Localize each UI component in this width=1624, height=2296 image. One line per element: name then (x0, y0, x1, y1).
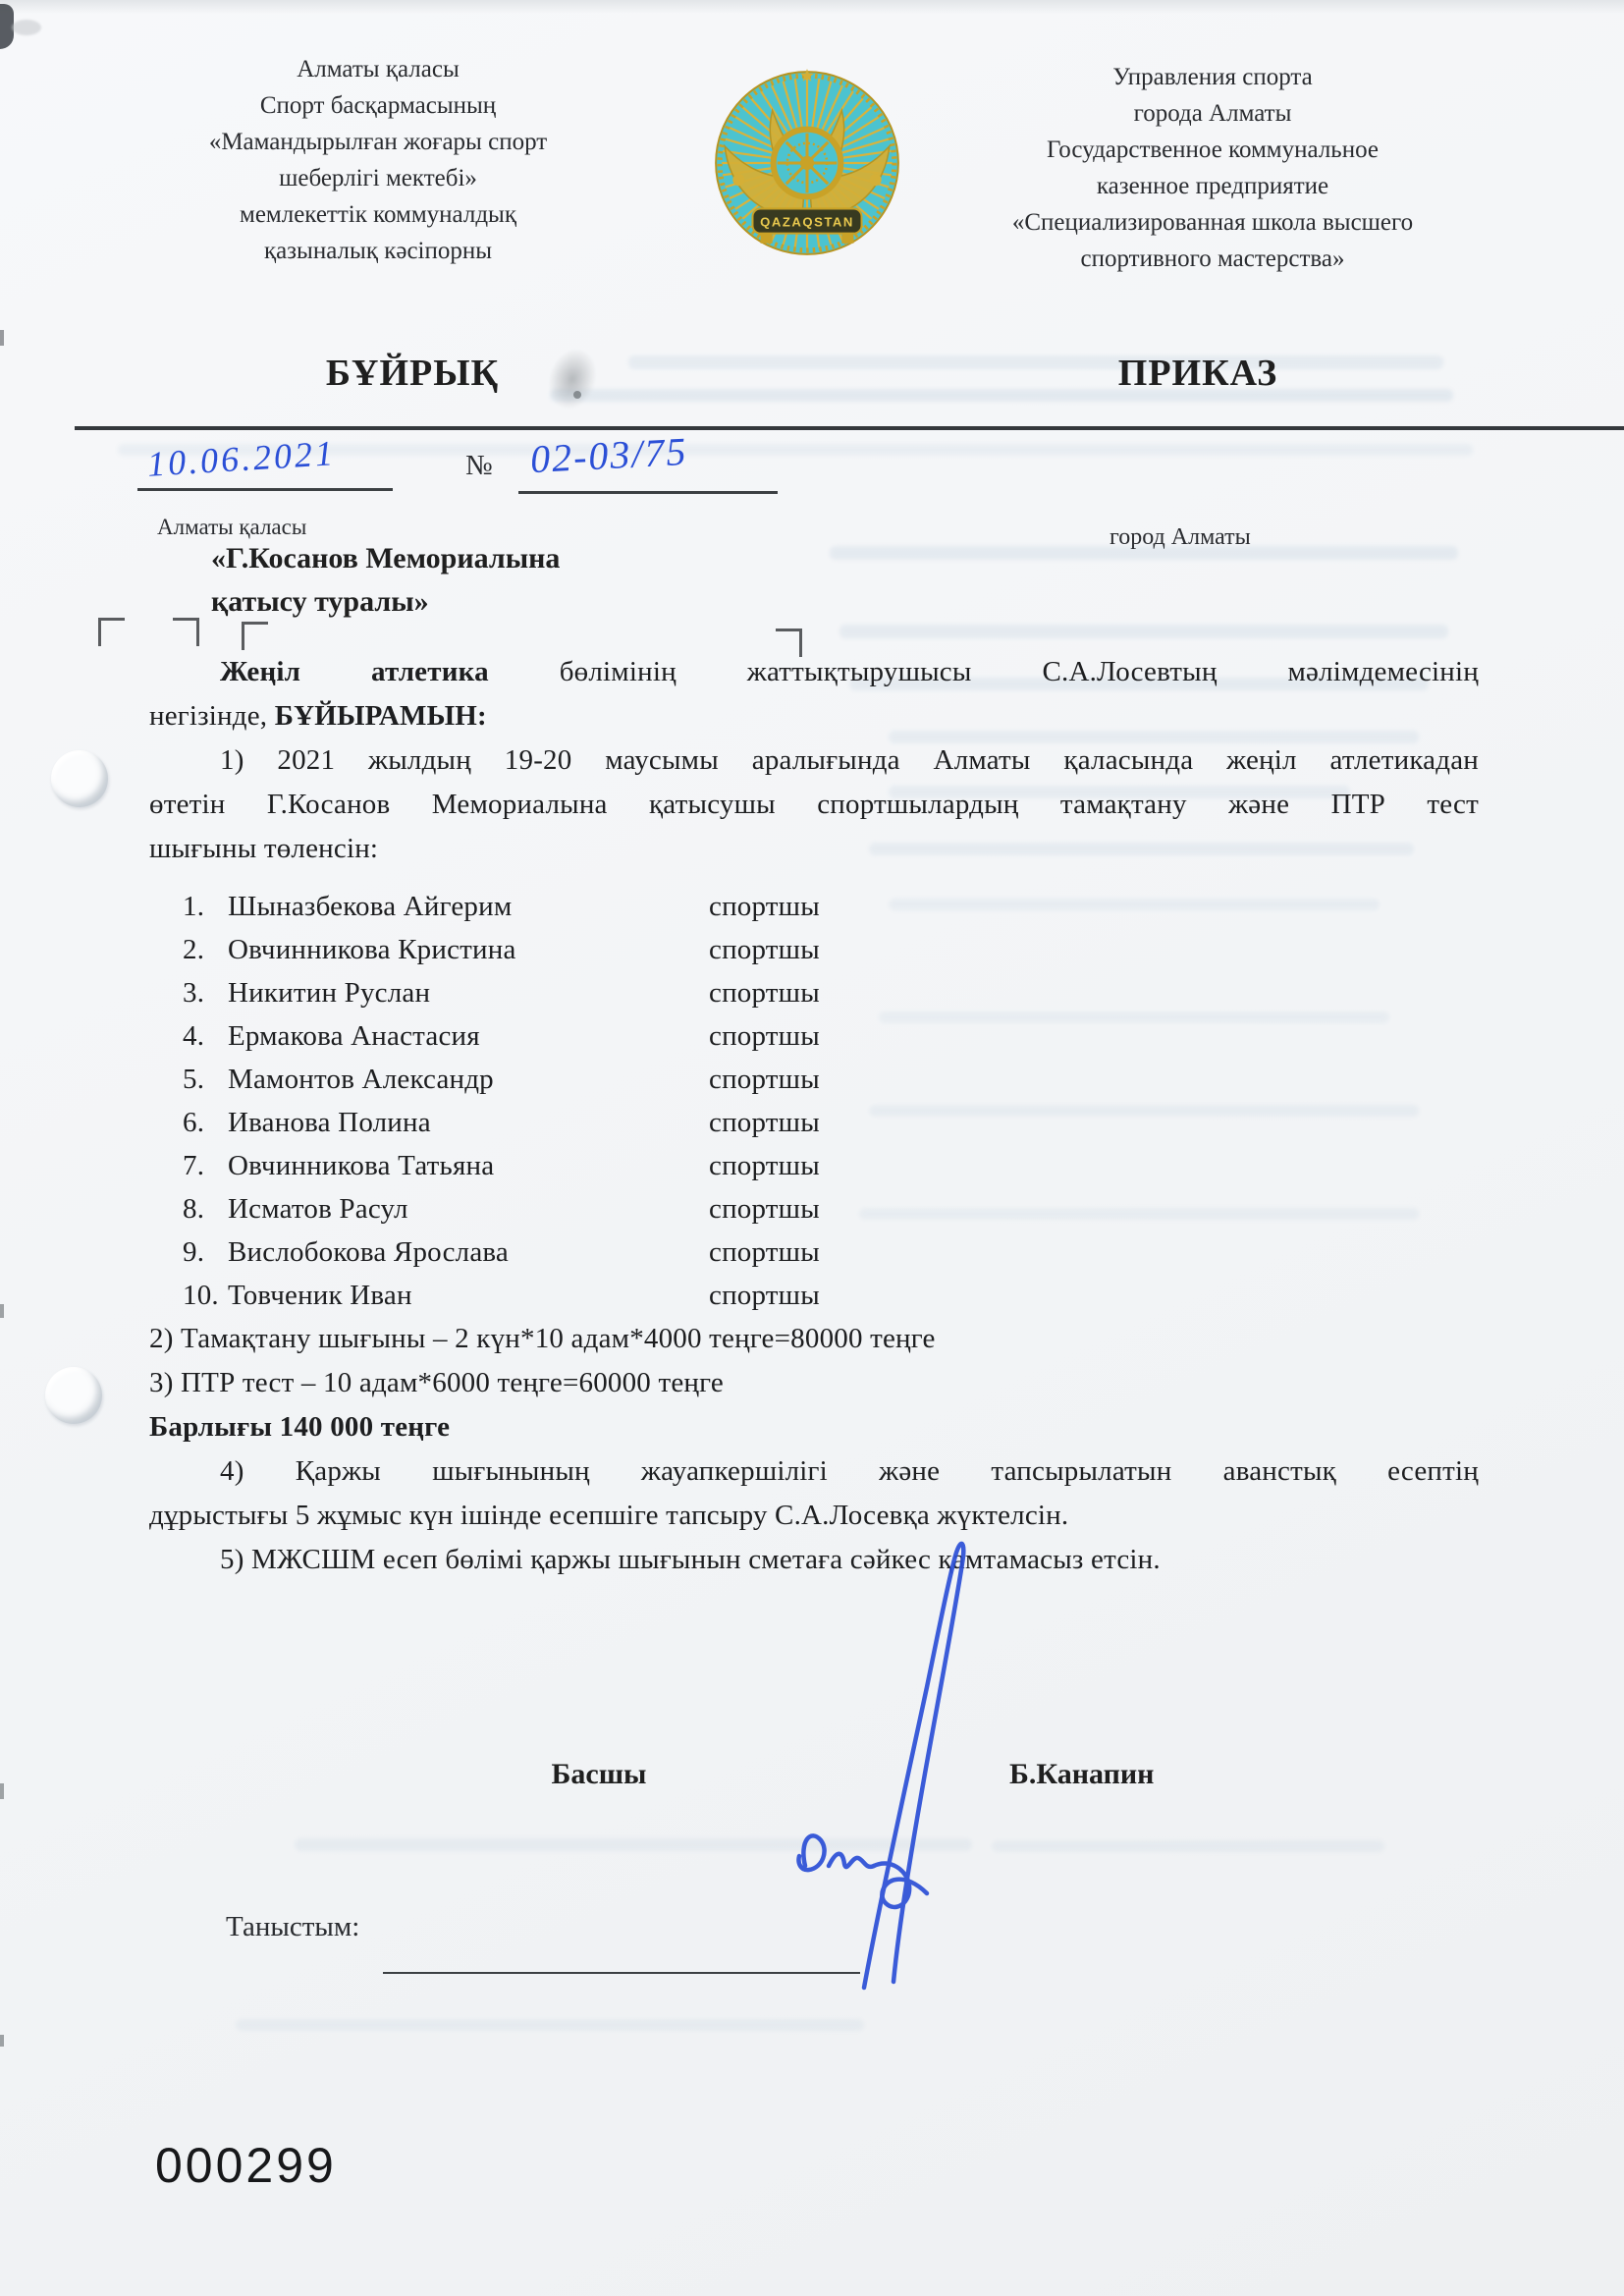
order-item-line: өтетін Г.Косанов Мемориалына қатысушы сп… (149, 783, 1479, 827)
athlete-name: Иванова Полина (228, 1101, 709, 1144)
intro-line: негізінде, БҰЙЫРАМЫН: (149, 694, 1479, 738)
letterhead-kazakh: Алматы қаласы Спорт басқармасының «Маман… (147, 51, 609, 269)
total-amount-line: Барлығы 140 000 теңге (149, 1405, 1479, 1449)
divider-rule (75, 426, 1624, 430)
letterhead-line: қазыналық кәсіпорны (147, 233, 609, 269)
order-item-line: 3) ПТР тест – 10 адам*6000 теңге=60000 т… (149, 1361, 1479, 1405)
athlete-row: 10.Товченик Иванспортшы (149, 1274, 1479, 1317)
handwritten-signature (734, 1520, 1000, 1997)
crop-mark (242, 622, 268, 650)
letterhead-line: казенное предприятие (918, 168, 1507, 204)
scan-edge-artifact (0, 4, 14, 49)
scanned-order-document: Алматы қаласы Спорт басқармасының «Маман… (0, 0, 1624, 2296)
athlete-number: 2. (183, 928, 228, 971)
city-label-russian: город Алматы (1110, 524, 1251, 551)
order-item-line: 1) 2021 жылдың 19-20 маусымы аралығында … (149, 738, 1479, 783)
acquainted-label: Таныстым: (226, 1911, 359, 1943)
athlete-role: спортшы (709, 1274, 820, 1317)
order-title-russian: ПРИКАЗ (1041, 352, 1355, 395)
athlete-number: 8. (183, 1187, 228, 1230)
athlete-number: 9. (183, 1230, 228, 1274)
intro-text: негізінде, (149, 700, 275, 732)
order-date-handwritten: 10.06.2021 (146, 432, 337, 485)
athlete-name: Исматов Расул (228, 1187, 709, 1230)
athlete-list: 1.Шыназбекова Айгеримспортшы 2.Овчиннико… (149, 885, 1479, 1317)
letterhead-line: спортивного мастерства» (918, 241, 1507, 277)
letterhead-line: Алматы қаласы (147, 51, 609, 87)
athlete-number: 5. (183, 1058, 228, 1101)
kazakhstan-emblem-icon: QAZAQSTAN (703, 59, 911, 267)
athlete-row: 5.Мамонтов Александрспортшы (149, 1058, 1479, 1101)
acquainted-signature-line (383, 1972, 860, 1974)
crop-mark (173, 618, 199, 646)
punch-hole-mark (45, 1367, 102, 1424)
athlete-name: Вислобокова Ярослава (228, 1230, 709, 1274)
athlete-row: 6.Иванова Полинаспортшы (149, 1101, 1479, 1144)
signatory-title: Басшы (530, 1758, 668, 1791)
athlete-row: 4.Ермакова Анастасияспортшы (149, 1014, 1479, 1058)
order-item-line: 2) Тамақтану шығыны – 2 күн*10 адам*4000… (149, 1317, 1479, 1361)
athlete-role: спортшы (709, 1187, 820, 1230)
order-body: Жеңіл атлетика бөлімінің жаттықтырушысы … (149, 650, 1479, 1582)
letterhead-line: шеберлігі мектебі» (147, 160, 609, 196)
letterhead-line: мемлекеттік коммуналдық (147, 196, 609, 233)
athlete-role: спортшы (709, 1144, 820, 1187)
intro-line: Жеңіл атлетика бөлімінің жаттықтырушысы … (149, 650, 1479, 694)
bleedthrough-artifact (236, 2019, 864, 2031)
athlete-number: 7. (183, 1144, 228, 1187)
scan-edge-artifact (12, 20, 41, 35)
scan-edge-artifact (0, 2035, 4, 2047)
athlete-row: 3.Никитин Русланспортшы (149, 971, 1479, 1014)
athlete-number: 4. (183, 1014, 228, 1058)
athlete-role: спортшы (709, 928, 820, 971)
athlete-name: Товченик Иван (228, 1274, 709, 1317)
subject-line: қатысу туралы» (211, 585, 429, 619)
scan-edge-artifact (0, 330, 4, 346)
form-serial-number: 000299 (155, 2137, 337, 2194)
athlete-role: спортшы (709, 1014, 820, 1058)
order-title-kazakh: БҰЙРЫҚ (245, 352, 579, 395)
order-item-line: 4) Қаржы шығынының жауапкершілігі және т… (149, 1449, 1479, 1494)
athlete-role: спортшы (709, 1101, 820, 1144)
signatory-name: Б.Канапин (1009, 1758, 1154, 1791)
athlete-row: 8.Исматов Расулспортшы (149, 1187, 1479, 1230)
scan-edge-artifact (0, 1783, 4, 1799)
order-item-line: шығыны төленсін: (149, 827, 1479, 871)
letterhead-line: «Специализированная школа высшего (918, 204, 1507, 241)
athlete-role: спортшы (709, 1230, 820, 1274)
date-underline (137, 488, 393, 491)
athlete-role: спортшы (709, 1058, 820, 1101)
athlete-number: 1. (183, 885, 228, 928)
athlete-row: 9.Вислобокова Ярославаспортшы (149, 1230, 1479, 1274)
athlete-number: 10. (183, 1274, 228, 1317)
athlete-name: Никитин Руслан (228, 971, 709, 1014)
intro-bold-text: Жеңіл атлетика (220, 656, 489, 687)
order-number-handwritten: 02-03/75 (529, 428, 689, 482)
letterhead-line: города Алматы (918, 95, 1507, 132)
crop-mark (98, 618, 125, 646)
city-label-kazakh: Алматы қаласы (157, 515, 306, 540)
athlete-row: 7.Овчинникова Татьянаспортшы (149, 1144, 1479, 1187)
letterhead-line: Государственное коммунальное (918, 132, 1507, 168)
athlete-name: Ермакова Анастасия (228, 1014, 709, 1058)
subject-line: «Г.Косанов Мемориалына (211, 542, 560, 575)
athlete-row: 2.Овчинникова Кристинаспортшы (149, 928, 1479, 971)
athlete-row: 1.Шыназбекова Айгеримспортшы (149, 885, 1479, 928)
bleedthrough-artifact (992, 1840, 1384, 1852)
punch-hole-mark (51, 750, 108, 807)
letterhead-line: Управления спорта (918, 59, 1507, 95)
athlete-name: Мамонтов Александр (228, 1058, 709, 1101)
bleedthrough-artifact (839, 625, 1448, 638)
letterhead-line: Спорт басқармасының (147, 87, 609, 124)
athlete-number: 3. (183, 971, 228, 1014)
athlete-role: спортшы (709, 885, 820, 928)
resolve-keyword: БҰЙЫРАМЫН: (275, 700, 487, 732)
athlete-name: Овчинникова Татьяна (228, 1144, 709, 1187)
number-sign: № (465, 450, 493, 482)
athlete-number: 6. (183, 1101, 228, 1144)
athlete-role: спортшы (709, 971, 820, 1014)
emblem-banner-label: QAZAQSTAN (760, 215, 854, 230)
intro-text: бөлімінің жаттықтырушысы С.А.Лосевтың мә… (489, 656, 1479, 687)
letterhead-line: «Мамандырылған жоғары спорт (147, 124, 609, 160)
athlete-name: Овчинникова Кристина (228, 928, 709, 971)
number-underline (518, 491, 778, 494)
scan-edge-artifact (0, 1304, 4, 1318)
athlete-name: Шыназбекова Айгерим (228, 885, 709, 928)
letterhead-russian: Управления спорта города Алматы Государс… (918, 59, 1507, 277)
